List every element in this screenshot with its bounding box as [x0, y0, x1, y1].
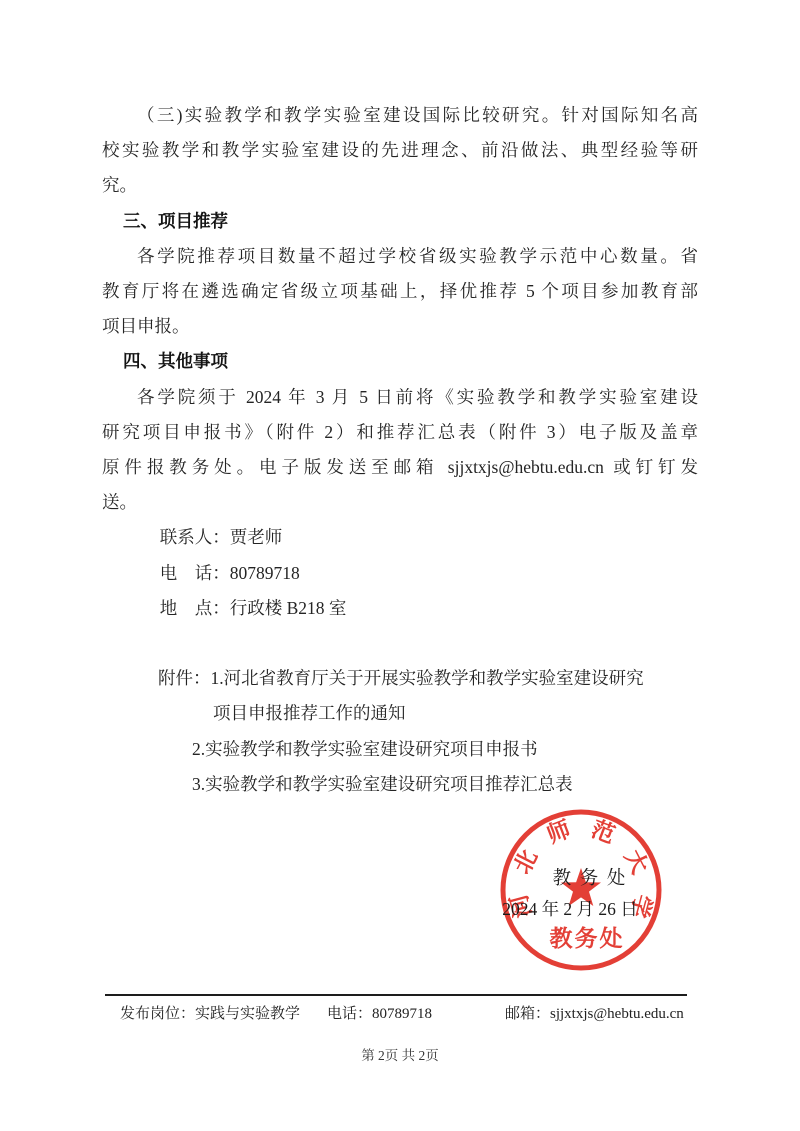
text-line: 联系人：贾老师 — [102, 520, 698, 555]
text-line: 地 点：行政楼 B218 室 — [102, 591, 698, 626]
footer-phone: 电话：80789718 — [327, 1004, 432, 1024]
text-line: 3.实验教学和教学实验室建设研究项目推荐汇总表 — [102, 767, 698, 802]
text-line: 各学院须于 2024 年 3 月 5 日前将《实验教学和教学实验室建设 — [102, 380, 698, 415]
text-line — [102, 626, 698, 661]
footer-divider — [105, 994, 687, 996]
text-line: 校实验教学和教学实验室建设的先进理念、前沿做法、典型经验等研 — [102, 133, 698, 168]
document-body: （三)实验教学和教学实验室建设国际比较研究。针对国际知名高校实验教学和教学实验室… — [102, 98, 698, 802]
document-page: （三)实验教学和教学实验室建设国际比较研究。针对国际知名高校实验教学和教学实验室… — [0, 0, 800, 1131]
text-line: 附件：1.河北省教育厅关于开展实验教学和教学实验室建设研究 — [102, 661, 698, 696]
text-line: 研究项目申报书》（附件 2）和推荐汇总表（附件 3）电子版及盖章 — [102, 415, 698, 450]
seal-caption: 教务处 — [550, 925, 625, 951]
page-indicator: 第 2页 共 2页 — [0, 1044, 800, 1064]
text-line: 各学院推荐项目数量不超过学校省级实验教学示范中心数量。省 — [102, 239, 698, 274]
text-line: 电 话：80789718 — [102, 556, 698, 591]
text-line: 送。 — [102, 485, 698, 520]
text-line: 项目申报。 — [102, 309, 698, 344]
text-line: 项目申报推荐工作的通知 — [102, 696, 698, 731]
text-line: 原件报教务处。电子版发送至邮箱 sjjxtxjs@hebtu.edu.cn 或钉… — [102, 450, 698, 485]
text-line: 教育厅将在遴选确定省级立项基础上，择优推荐 5 个项目参加教育部 — [102, 274, 698, 309]
signature-date: 2024 年 2 月 26 日 — [470, 896, 670, 922]
section-heading: 三、项目推荐 — [102, 204, 698, 239]
text-line: 2.实验教学和教学实验室建设研究项目申报书 — [102, 732, 698, 767]
text-line: （三)实验教学和教学实验室建设国际比较研究。针对国际知名高 — [102, 98, 698, 133]
footer-email: 邮箱：sjjxtxjs@hebtu.edu.cn — [505, 1004, 684, 1024]
footer-publisher: 发布岗位：实践与实验教学 — [120, 1004, 300, 1024]
text-line: 究。 — [102, 168, 698, 203]
signature-department: 教 务 处 — [510, 866, 670, 892]
section-heading: 四、其他事项 — [102, 344, 698, 379]
